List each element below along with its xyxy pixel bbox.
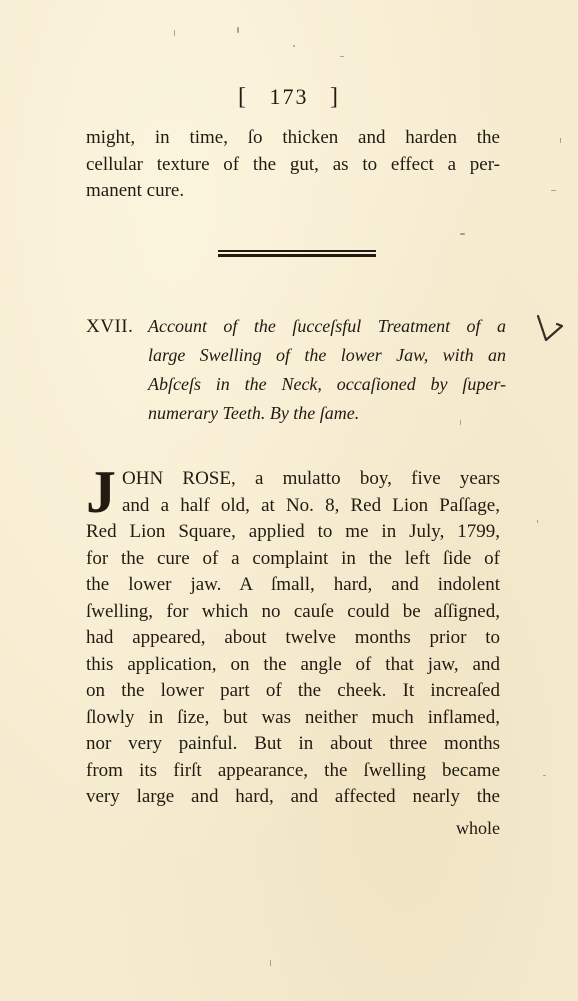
folio-number: 173 (270, 84, 309, 109)
text-line: cellular texture of the gut, as to effec… (86, 152, 500, 179)
text-line: very large and hard, and affected nearly… (86, 784, 500, 811)
paper-speck (560, 138, 561, 143)
continuation-paragraph: might, in time, ſo thicken and harden th… (86, 125, 500, 205)
text-line: and a half old, at No. 8, Red Lion Paſſa… (86, 493, 500, 520)
book-page: [ 173 ] might, in time, ſo thicken and h… (0, 0, 578, 1001)
text-line: had appeared, about twelve months prior … (86, 625, 500, 652)
paper-speck (460, 420, 461, 425)
text-line: OHN ROSE, a mulatto boy, five years (86, 466, 500, 493)
paper-speck (460, 233, 465, 235)
rule-thin-line (218, 250, 376, 252)
paper-speck (174, 30, 175, 36)
text-line: for the cure of a complaint in the left … (86, 546, 500, 573)
paper-speck (551, 190, 556, 191)
title-line: Abſceſs in the Neck, occaſioned by ſuper… (148, 370, 506, 399)
text-line: ſwelling, for which no cauſe could be aſ… (86, 599, 500, 626)
body-paragraph: J OHN ROSE, a mulatto boy, five years an… (86, 466, 500, 811)
text-line: manent cure. (86, 178, 500, 205)
check-mark-icon (532, 312, 572, 348)
paper-speck (543, 775, 546, 776)
folio-bracket-left: [ (238, 84, 248, 110)
text-line: nor very painful. But in about three mon… (86, 731, 500, 758)
title-line: large Swelling of the lower Jaw, with an (148, 341, 506, 370)
text-line: this application, on the angle of that j… (86, 652, 500, 679)
text-line: from its firſt appearance, the ſwelling … (86, 758, 500, 785)
text-line: the lower jaw. A ſmall, hard, and indole… (86, 572, 500, 599)
text-line: might, in time, ſo thicken and harden th… (86, 125, 500, 152)
paper-speck (340, 56, 344, 57)
page-number: [ 173 ] (0, 84, 578, 111)
text-line: Red Lion Square, applied to me in July, … (86, 519, 500, 546)
paper-speck (237, 27, 239, 33)
paper-speck (270, 960, 271, 966)
section-number: XVII. (86, 312, 133, 341)
section-heading: XVII. Account of the ſucceſsful Treatmen… (86, 312, 506, 428)
paper-speck (293, 45, 295, 47)
title-line: numerary Teeth. By the ſame. (148, 399, 506, 428)
rule-thick-line (218, 254, 376, 257)
text-line: ſlowly in ſize, but was neither much inf… (86, 705, 500, 732)
folio-bracket-right: ] (330, 84, 340, 110)
section-divider-rule (218, 250, 376, 259)
paper-speck (537, 520, 538, 523)
text-line: on the lower part of the cheek. It incre… (86, 678, 500, 705)
title-line: Account of the ſucceſsful Treatment of a (148, 312, 506, 341)
drop-cap: J (86, 468, 116, 518)
section-title: Account of the ſucceſsful Treatment of a… (148, 312, 506, 428)
catchword: whole (86, 818, 500, 839)
